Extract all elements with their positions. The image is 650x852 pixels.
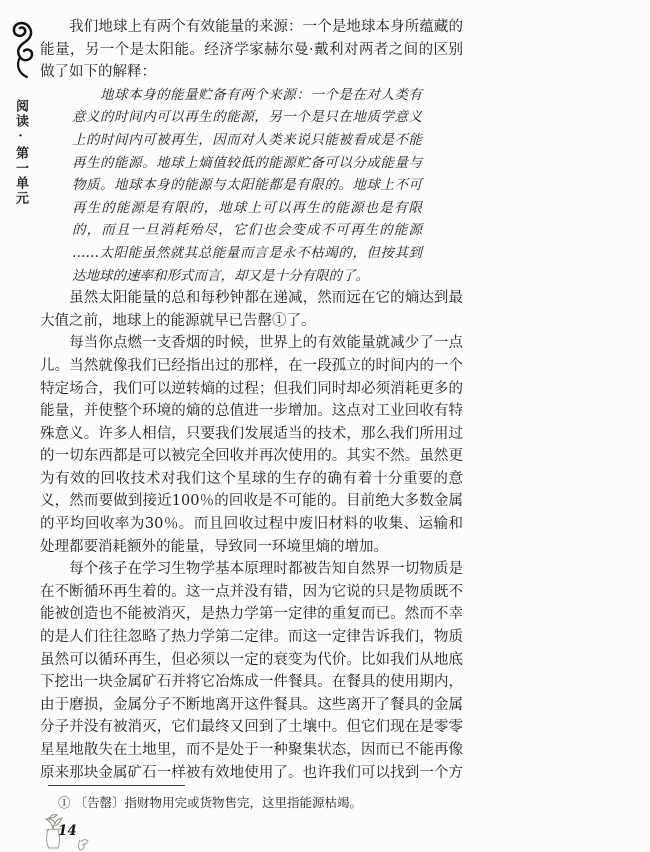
text-line: 大值之前，地球上的能源就早已告罄①了。 <box>40 310 463 333</box>
sidebar-unit-label: 阅读·第一单元 <box>11 99 30 206</box>
text-line: ……太阳能虽然就其总能量而言是永不枯竭的，但按其到 <box>72 242 422 265</box>
text-line: 能被创造也不能被消灭，是热力学第一定律的重复而已。然而不幸 <box>40 603 463 626</box>
text-line: 为有效的回收技术对我们这个星球的生存的确有着十分重要的意 <box>40 468 463 491</box>
text-line: 达地球的速率和形式而言，却又是十分有限的了。 <box>72 265 422 288</box>
text-line: 的一切东西都是可以被完全回收并再次使用的。其实不然。虽然更 <box>40 445 463 468</box>
text-line: 能量，另一个是太阳能。经济学家赫尔曼·戴利对两者之间的区别 <box>40 39 463 62</box>
text-line: 每个孩子在学习生物学基本原理时都被告知自然界一切物质是 <box>40 558 463 581</box>
text-line: 的，而且一旦消耗殆尽，它们也会变成不可再生的能源 <box>72 219 422 242</box>
text-line: 处理都要消耗额外的能量，导致同一环境里熵的增加。 <box>40 536 463 559</box>
text-line: 义，然而要做到接近100％的回收是不可能的。目前绝大多数金属 <box>40 490 463 513</box>
text-line: 殊意义。许多人相信，只要我们发展适当的技术，那么我们所用过 <box>40 423 463 446</box>
text-line: 由于磨损，金属分子不断地离开这件餐具。这些离开了餐具的金属 <box>40 694 463 717</box>
text-line: 的是人们往往忽略了热力学第二定律。而这一定律告诉我们，物质 <box>40 626 463 649</box>
text-line: 上的时间内可被再生，因而对人类来说只能被看成是不能 <box>72 129 422 152</box>
text-line: 能量，并使整个环境的熵的总值进一步增加。这点对工业回收有特 <box>40 400 463 423</box>
text-line: 虽然可以循环再生，但必须以一定的衰变为代价。比如我们从地底 <box>40 649 463 672</box>
text-line: 再生的能源是有限的，地球上可以再生的能源也是有限 <box>72 197 422 220</box>
paragraph: 每个孩子在学习生物学基本原理时都被告知自然界一切物质是在不断循环再生着的。这一点… <box>40 558 463 784</box>
text-line: 我们地球上有两个有效能量的来源：一个是地球本身所蕴藏的 <box>40 16 463 39</box>
text-line: 每当你点燃一支香烟的时候，世界上的有效能量就减少了一点 <box>40 332 463 355</box>
footnote-separator <box>48 785 185 786</box>
text-line: 做了如下的解释： <box>40 61 463 84</box>
paragraph: 每当你点燃一支香烟的时候，世界上的有效能量就减少了一点儿。当然就像我们已经指出过… <box>40 332 463 558</box>
footnote-text: ① 〔告罄〕指财物用完或货物售完，这里指能源枯竭。 <box>48 793 458 811</box>
text-line: 虽然太阳能量的总和每秒钟都在递减，然而远在它的熵达到最 <box>40 287 463 310</box>
text-line: 地球本身的能量贮备有两个来源：一个是在对人类有 <box>72 84 422 107</box>
page-number: 14 <box>58 823 77 839</box>
text-line: 儿。当然就像我们已经指出过的那样，在一段孤立的时间内的一个 <box>40 355 463 378</box>
text-line: 星星地散失在土地里，而不是处于一种聚集状态，因而已不能再像 <box>40 739 463 762</box>
text-line: 意义的时间内可以再生的能源，另一个是只在地质学意义 <box>72 106 422 129</box>
text-column: 我们地球上有两个有效能量的来源：一个是地球本身所蕴藏的能量，另一个是太阳能。经济… <box>40 16 463 784</box>
quote-paragraph: 地球本身的能量贮备有两个来源：一个是在对人类有意义的时间内可以再生的能源，另一个… <box>72 84 422 287</box>
paragraph: 我们地球上有两个有效能量的来源：一个是地球本身所蕴藏的能量，另一个是太阳能。经济… <box>40 16 463 84</box>
paragraph: 虽然太阳能量的总和每秒钟都在递减，然而远在它的熵达到最大值之前，地球上的能源就早… <box>40 287 463 332</box>
text-line: 再生的能源。地球上熵值较低的能源贮备可以分成能量与 <box>72 152 422 175</box>
text-line: 原来那块金属矿石一样被有效地使用了。也许我们可以找到一个方 <box>40 762 463 785</box>
text-line: 的平均回收率为30％。而且回收过程中废旧材料的收集、运输和 <box>40 513 463 536</box>
text-line: 下挖出一块金属矿石并将它冶炼成一件餐具。在餐具的使用期内， <box>40 671 463 694</box>
book-page: 阅读·第一单元 我们地球上有两个有效能量的来源：一个是地球本身所蕴藏的能量，另一… <box>0 0 650 852</box>
text-line: 在不断循环再生着的。这一点并没有错，因为它说的只是物质既不 <box>40 581 463 604</box>
flourish-ornament-icon <box>8 20 40 80</box>
text-line: 特定场合，我们可以逆转熵的过程；但我们同时却必须消耗更多的 <box>40 378 463 401</box>
text-line: 物质。地球本身的能源与太阳能都是有限的。地球上不可 <box>72 174 422 197</box>
text-line: 分子并没有被消灭，它们最终又回到了土壤中。但它们现在是零零 <box>40 716 463 739</box>
